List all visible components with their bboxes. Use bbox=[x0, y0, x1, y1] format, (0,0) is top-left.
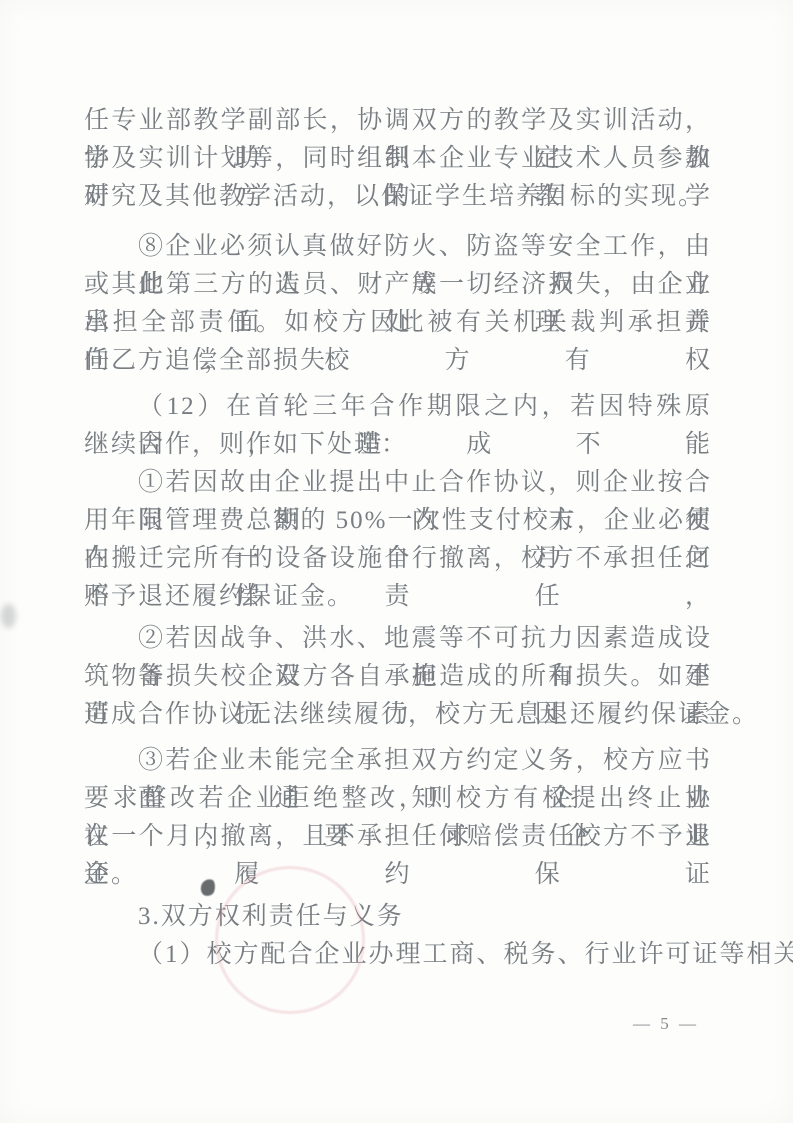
document-line: 研究及其他教学活动，以保证学生培养目标的实现。 bbox=[84, 178, 712, 216]
document-line: 筑物等损失校企双方各自承担造成的所有损失。如不可抗力因素 bbox=[84, 658, 712, 696]
document-line: （12）在首轮三年合作期限之内，若因特殊原因，造成不能 bbox=[84, 388, 712, 426]
document-line: 用年限管理费总额的 50%一次性支付校方，企业必须在一个月之 bbox=[84, 502, 712, 540]
page-number: — 5 — bbox=[626, 1014, 706, 1034]
document-page: 任专业部教学副部长，协调双方的教学及实训活动，协助制定教 学及实训计划等，同时组… bbox=[0, 0, 793, 1123]
document-line: ①若因故由企业提出中止合作协议，则企业按合同期内末使 bbox=[84, 464, 712, 502]
document-line section-heading: 3.双方权利责任与义务 bbox=[84, 898, 712, 936]
margin-smudge bbox=[1, 604, 16, 628]
document-line: 承担全部责任。如校方因此被有关机关裁判承担责任，校方有权 bbox=[84, 304, 712, 342]
document-line: 在一个月内撤离，且不承担任何赔偿责任校方不予退还履约保证 bbox=[84, 818, 712, 856]
document-line: 或其他第三方的人员、财产等一切经济损失，由企业出面处理并 bbox=[84, 266, 712, 304]
document-line: 任专业部教学副部长，协调双方的教学及实训活动，协助制定教 bbox=[84, 102, 712, 140]
red-seal-stamp bbox=[215, 866, 365, 1014]
document-line: ②若因战争、洪水、地震等不可抗力因素造成设备设施和建 bbox=[84, 620, 712, 658]
document-line: 造成合作协议无法继续履行，校方无息退还履约保证金。 bbox=[84, 696, 712, 734]
document-line: （1）校方配合企业办理工商、税务、行业许可证等相关手续。 bbox=[84, 936, 712, 974]
document-text-block: 任专业部教学副部长，协调双方的教学及实训活动，协助制定教 学及实训计划等，同时组… bbox=[84, 102, 712, 974]
document-line: ⑧企业必须认真做好防火、防盗等安全工作，由此造成双方 bbox=[84, 228, 712, 266]
document-line: 内搬迁完所有的设备设施自行撤离，校方不承担任何赔偿责任， bbox=[84, 540, 712, 578]
document-line: ③若企业未能完全承担双方约定义务，校方应书面通知企业 bbox=[84, 742, 712, 780]
document-line: 要求整改若企业拒绝整改，则校方有权提出终止协议，要求企业 bbox=[84, 780, 712, 818]
document-line: 学及实训计划等，同时组织本企业专业技术人员参加对方的教学 bbox=[84, 140, 712, 178]
